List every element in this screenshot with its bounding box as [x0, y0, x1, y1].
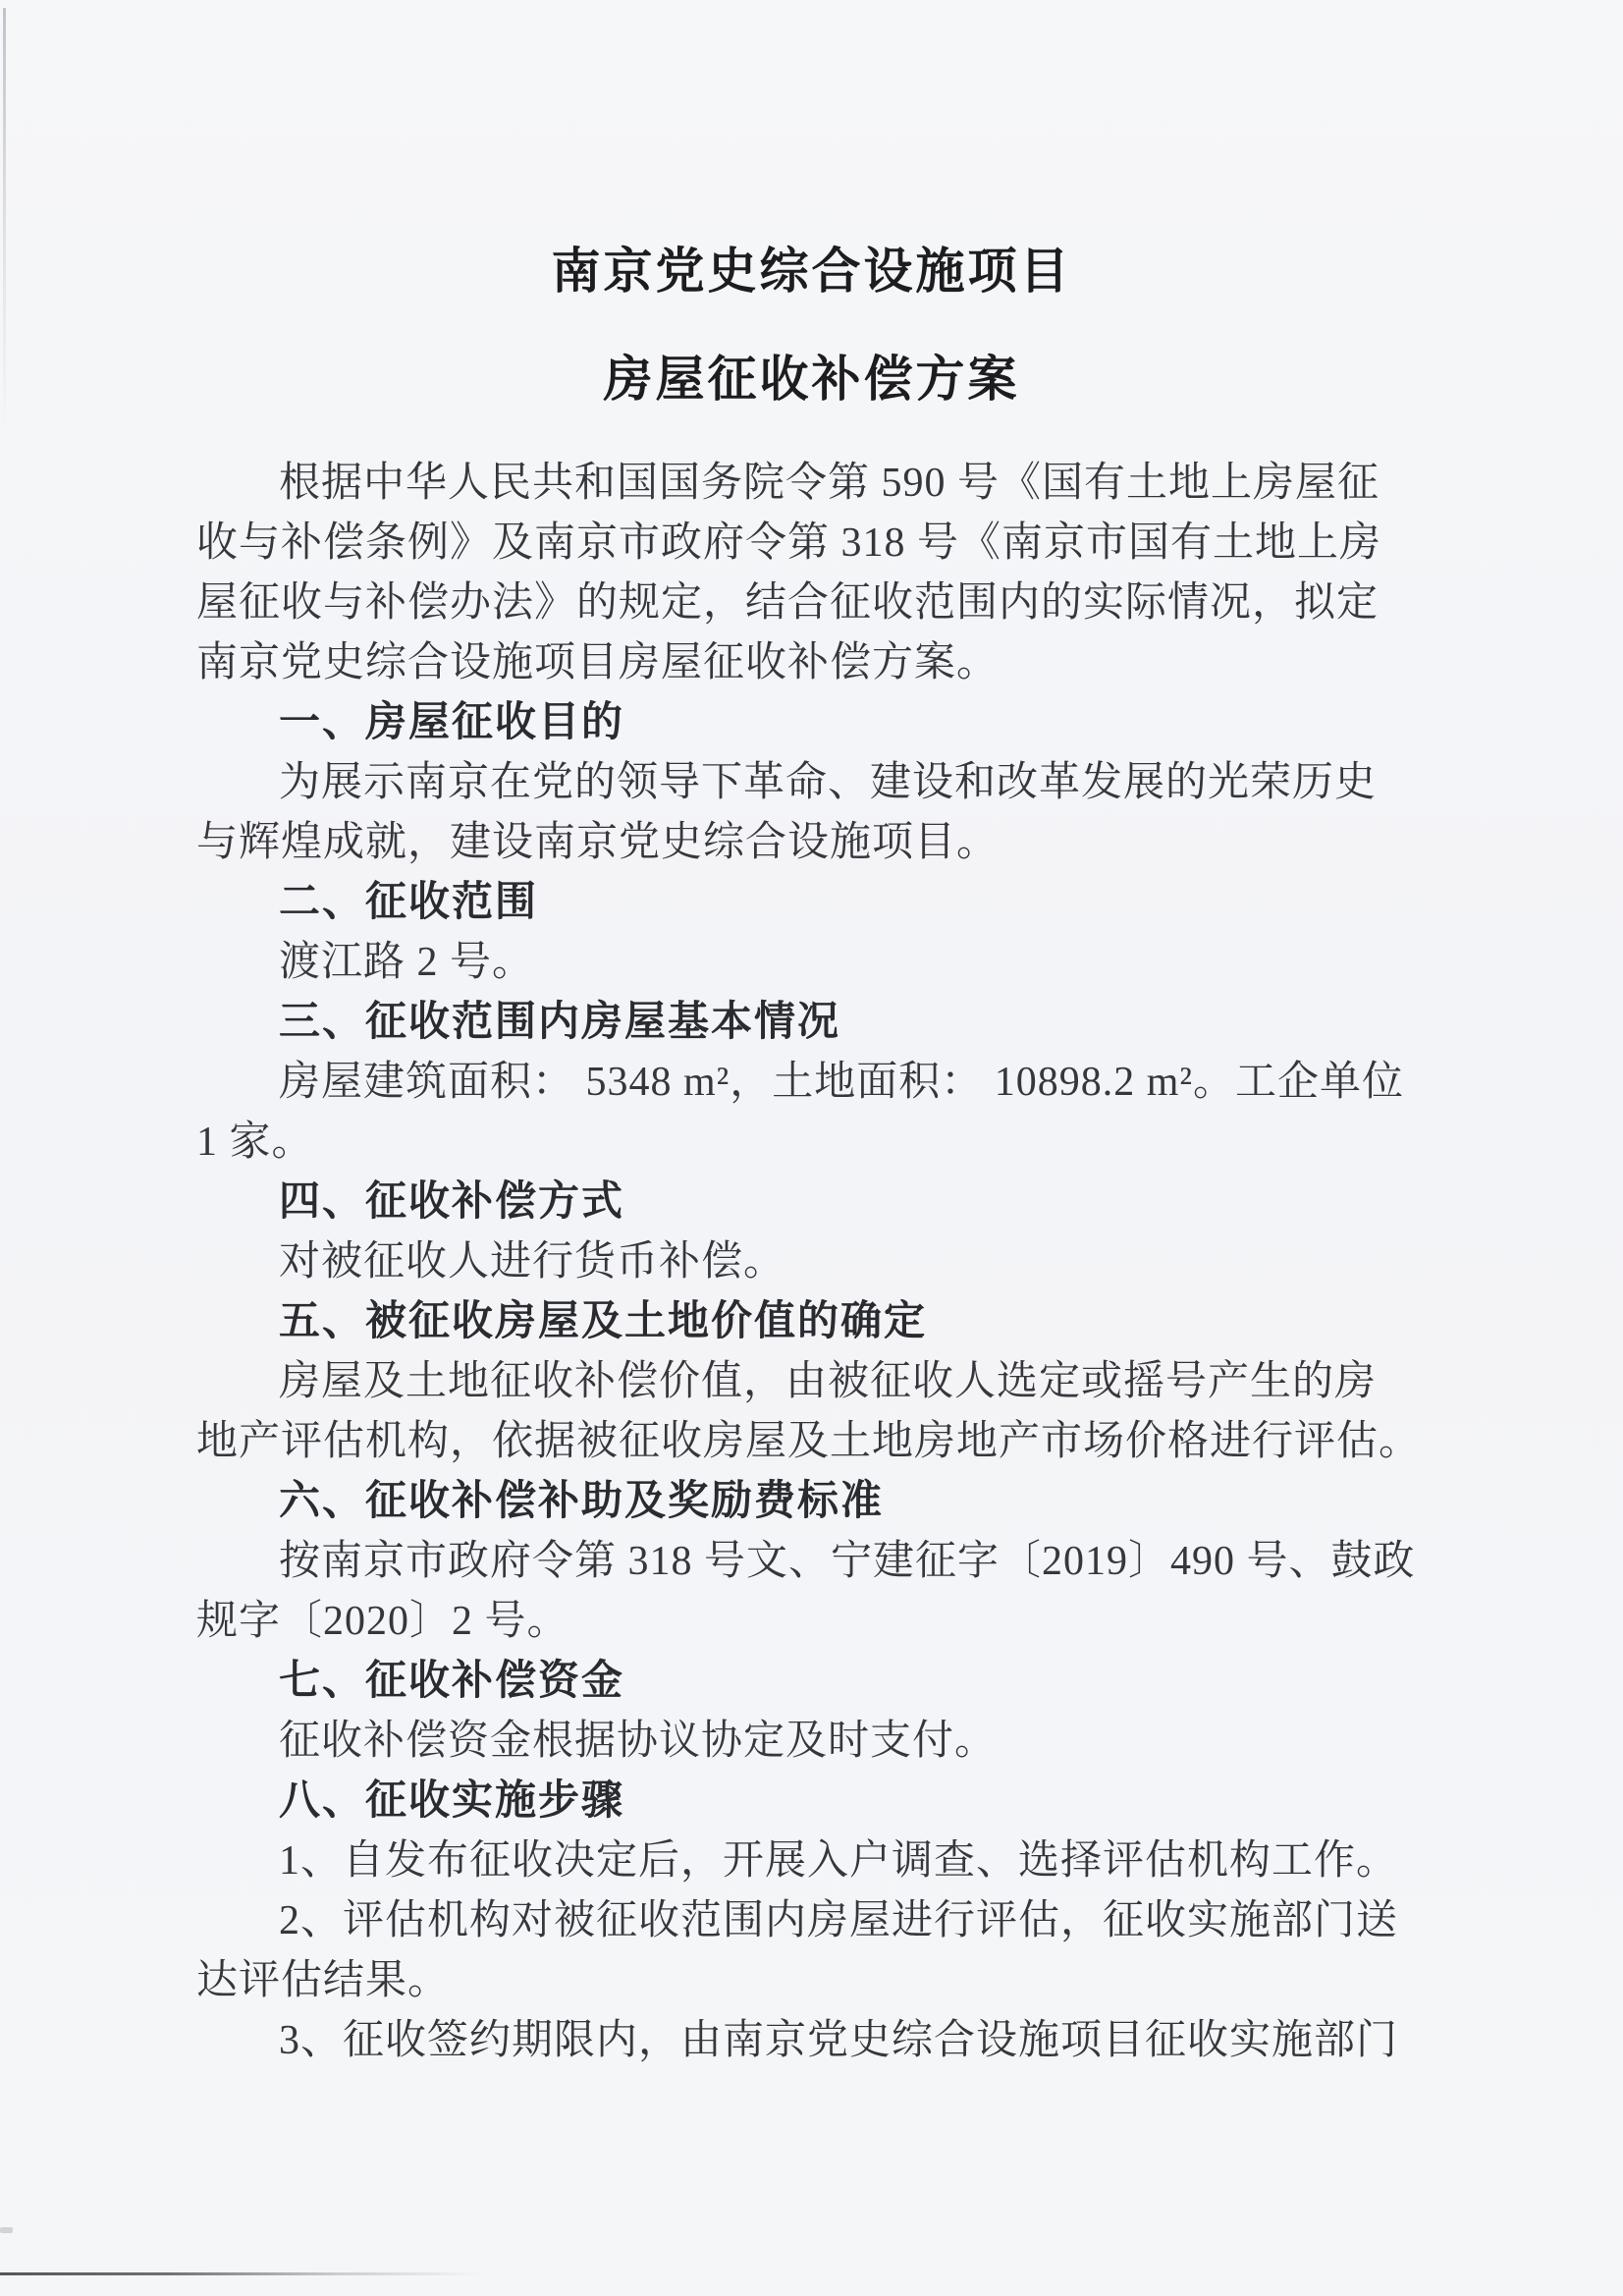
text-line: 与辉煌成就，建设南京党史综合设施项目。	[196, 813, 1473, 873]
text-line: 1、自发布征收决定后，开展入户调查、选择评估机构工作。	[196, 1831, 1473, 1891]
text-line: 1 家。	[196, 1113, 1473, 1173]
document-title-line1: 南京党史综合设施项目	[0, 232, 1623, 302]
text-line: 屋征收与补偿办法》的规定，结合征收范围内的实际情况，拟定	[196, 574, 1473, 633]
text-line: 南京党史综合设施项目房屋征收补偿方案。	[196, 633, 1473, 693]
text-line: 渡江路 2 号。	[196, 933, 1473, 993]
text-line: 房屋建筑面积： 5348 m²，土地面积： 10898.2 m²。工企单位	[196, 1053, 1473, 1113]
text-line: 征收补偿资金根据协议协定及时支付。	[196, 1712, 1473, 1772]
text-line: 3、征收签约期限内，由南京党史综合设施项目征收实施部门	[196, 2011, 1473, 2071]
text-line: 2、评估机构对被征收范围内房屋进行评估，征收实施部门送	[196, 1891, 1473, 1951]
document-body: 根据中华人民共和国国务院令第 590 号《国有土地上房屋征收与补偿条例》及南京市…	[196, 454, 1473, 2071]
text-line: 为展示南京在党的领导下革命、建设和改革发展的光荣历史	[196, 753, 1473, 813]
text-line: 五、被征收房屋及土地价值的确定	[196, 1292, 1473, 1352]
scan-edge-artifact-bottom	[0, 2272, 481, 2275]
scanned-document-page: 南京党史综合设施项目 房屋征收补偿方案 根据中华人民共和国国务院令第 590 号…	[0, 0, 1623, 2296]
text-line: 三、征收范围内房屋基本情况	[196, 993, 1473, 1053]
text-line: 达评估结果。	[196, 1951, 1473, 2011]
text-line: 对被征收人进行货币补偿。	[196, 1232, 1473, 1292]
text-line: 规字〔2020〕2 号。	[196, 1592, 1473, 1652]
text-line: 八、征收实施步骤	[196, 1772, 1473, 1831]
text-line: 二、征收范围	[196, 873, 1473, 933]
text-line: 七、征收补偿资金	[196, 1652, 1473, 1712]
text-line: 房屋及土地征收补偿价值，由被征收人选定或摇号产生的房	[196, 1352, 1473, 1412]
text-line: 一、房屋征收目的	[196, 693, 1473, 753]
document-title-line2: 房屋征收补偿方案	[0, 340, 1623, 410]
text-line: 地产评估机构，依据被征收房屋及土地房地产市场价格进行评估。	[196, 1412, 1473, 1472]
scan-smudge-artifact	[0, 2227, 13, 2233]
text-line: 四、征收补偿方式	[196, 1173, 1473, 1232]
text-line: 收与补偿条例》及南京市政府令第 318 号《南京市国有土地上房	[196, 514, 1473, 574]
text-line: 根据中华人民共和国国务院令第 590 号《国有土地上房屋征	[196, 454, 1473, 514]
text-line: 按南京市政府令第 318 号文、宁建征字〔2019〕490 号、鼓政	[196, 1532, 1473, 1592]
text-line: 六、征收补偿补助及奖励费标准	[196, 1472, 1473, 1532]
